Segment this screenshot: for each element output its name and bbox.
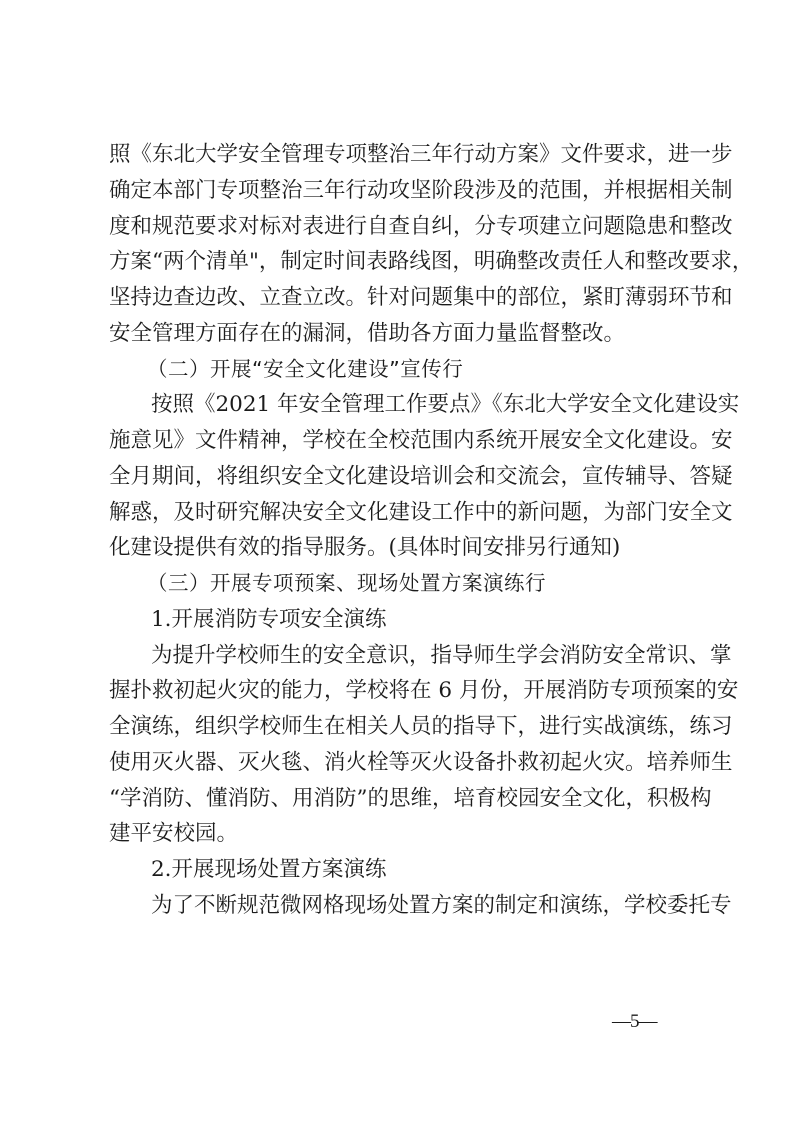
paragraph-line: 为了不断规范微网格现场处置方案的制定和演练，学校委托专 (109, 888, 701, 924)
paragraph-line: 按照《2021 年安全管理工作要点》《东北大学安全文化建设实 (109, 387, 701, 423)
paragraph-line: 安全管理方面存在的漏洞，借助各方面力量监督整改。 (109, 316, 701, 352)
paragraph-line: 建平安校园。 (109, 816, 701, 852)
paragraph-line: 坚持边查边改、立查立改。针对问题集中的部位，紧盯薄弱环节和 (109, 280, 701, 316)
paragraph-line: 握扑救初起火灾的能力，学校将在 6 月份，开展消防专项预案的安 (109, 673, 701, 709)
section-heading-2: （二）开展“安全文化建设”宣传行 (109, 352, 701, 388)
paragraph-line: 施意见》文件精神，学校在全校范围内系统开展安全文化建设。安 (109, 423, 701, 459)
subsection-heading-2: 2.开展现场处置方案演练 (109, 852, 701, 888)
paragraph-line: 照《东北大学安全管理专项整治三年行动方案》文件要求，进一步 (109, 137, 701, 173)
paragraph-line: 化建设提供有效的指导服务。(具体时间安排另行通知) (109, 530, 701, 566)
paragraph-line: 全演练，组织学校师生在相关人员的指导下，进行实战演练，练习 (109, 709, 701, 745)
document-body: 照《东北大学安全管理专项整治三年行动方案》文件要求，进一步 确定本部门专项整治三… (109, 137, 701, 924)
section-heading-3: （三）开展专项预案、现场处置方案演练行 (109, 566, 701, 602)
page-number: —5— (612, 1011, 657, 1033)
subsection-heading-1: 1.开展消防专项安全演练 (109, 602, 701, 638)
document-page: 照《东北大学安全管理专项整治三年行动方案》文件要求，进一步 确定本部门专项整治三… (0, 0, 799, 1131)
paragraph-line: 确定本部门专项整治三年行动攻坚阶段涉及的范围，并根据相关制 (109, 173, 701, 209)
paragraph-line: 解惑，及时研究解决安全文化建设工作中的新问题，为部门安全文 (109, 495, 701, 531)
paragraph-line: 为提升学校师生的安全意识，指导师生学会消防安全常识、掌 (109, 638, 701, 674)
paragraph-line: 度和规范要求对标对表进行自查自纠，分专项建立问题隐患和整改 (109, 209, 701, 245)
paragraph-line: 全月期间，将组织安全文化建设培训会和交流会，宣传辅导、答疑 (109, 459, 701, 495)
paragraph-line: “学消防、懂消防、用消防”的思维，培育校园安全文化，积极构 (109, 781, 701, 817)
paragraph-line: 使用灭火器、灭火毯、消火栓等灭火设备扑救初起火灾。培养师生 (109, 745, 701, 781)
paragraph-line: 方案“两个清单"，制定时间表路线图，明确整改责任人和整改要求， (109, 244, 701, 280)
